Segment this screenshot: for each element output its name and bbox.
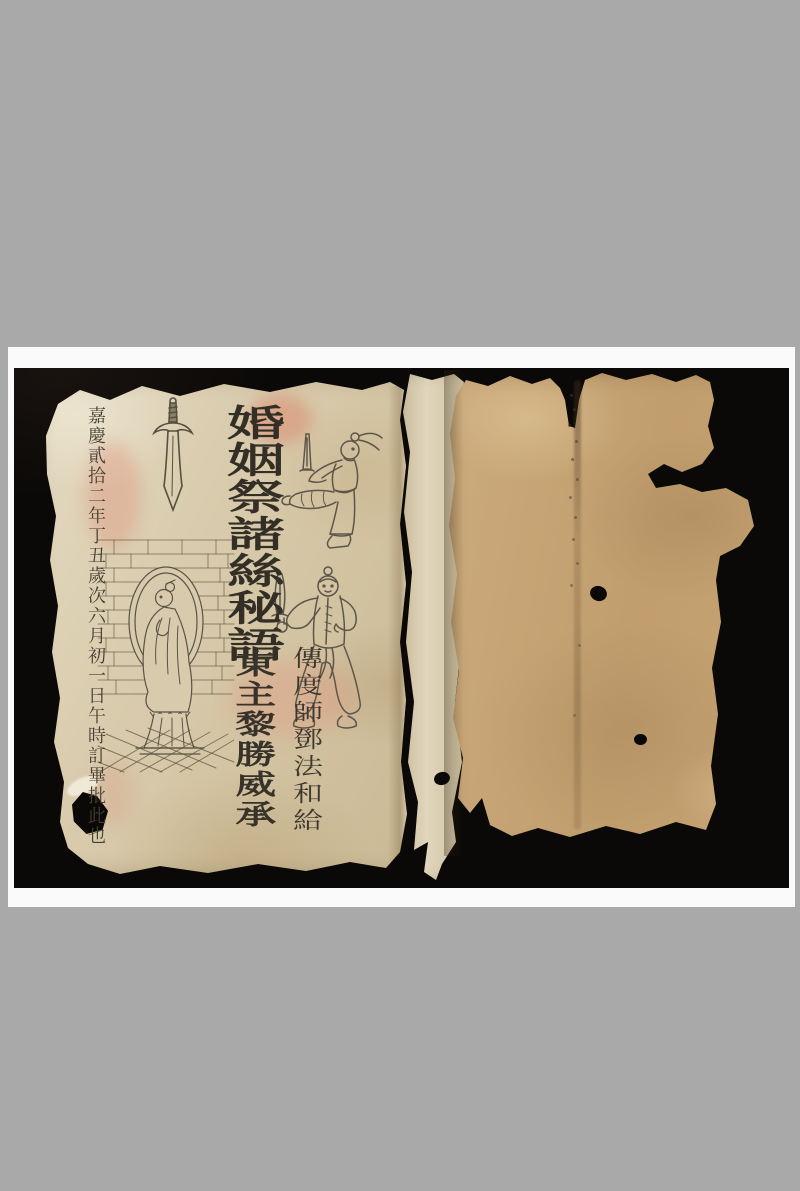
manuscript-photo: 嘉慶貳拾二年丁丑歲次六月初一日午時訂畢批此也 婚姻祭諸絲秘語 東主黎勝威承 傳度… bbox=[14, 368, 789, 888]
sword-drawing bbox=[152, 396, 194, 514]
date-inscription-column: 嘉慶貳拾二年丁丑歲次六月初一日午時訂畢批此也 bbox=[82, 406, 108, 846]
crease-speckles bbox=[570, 394, 573, 397]
right-tattered-page bbox=[444, 370, 780, 856]
wormhole bbox=[634, 734, 647, 745]
transmitter-column: 傳度師鄧法和給 bbox=[284, 646, 327, 835]
page-background: 嘉慶貳拾二年丁丑歲次六月初一日午時訂畢批此也 婚姻祭諸絲秘語 東主黎勝威承 傳度… bbox=[0, 0, 800, 1191]
title-column: 婚姻祭諸絲秘語 bbox=[212, 404, 294, 663]
right-page-fold-crease bbox=[574, 380, 581, 830]
owner-column: 東主黎勝威承 bbox=[222, 650, 281, 830]
photo-mat: 嘉慶貳拾二年丁丑歲次六月初一日午時訂畢批此也 婚姻祭諸絲秘語 東主黎勝威承 傳度… bbox=[8, 347, 795, 907]
